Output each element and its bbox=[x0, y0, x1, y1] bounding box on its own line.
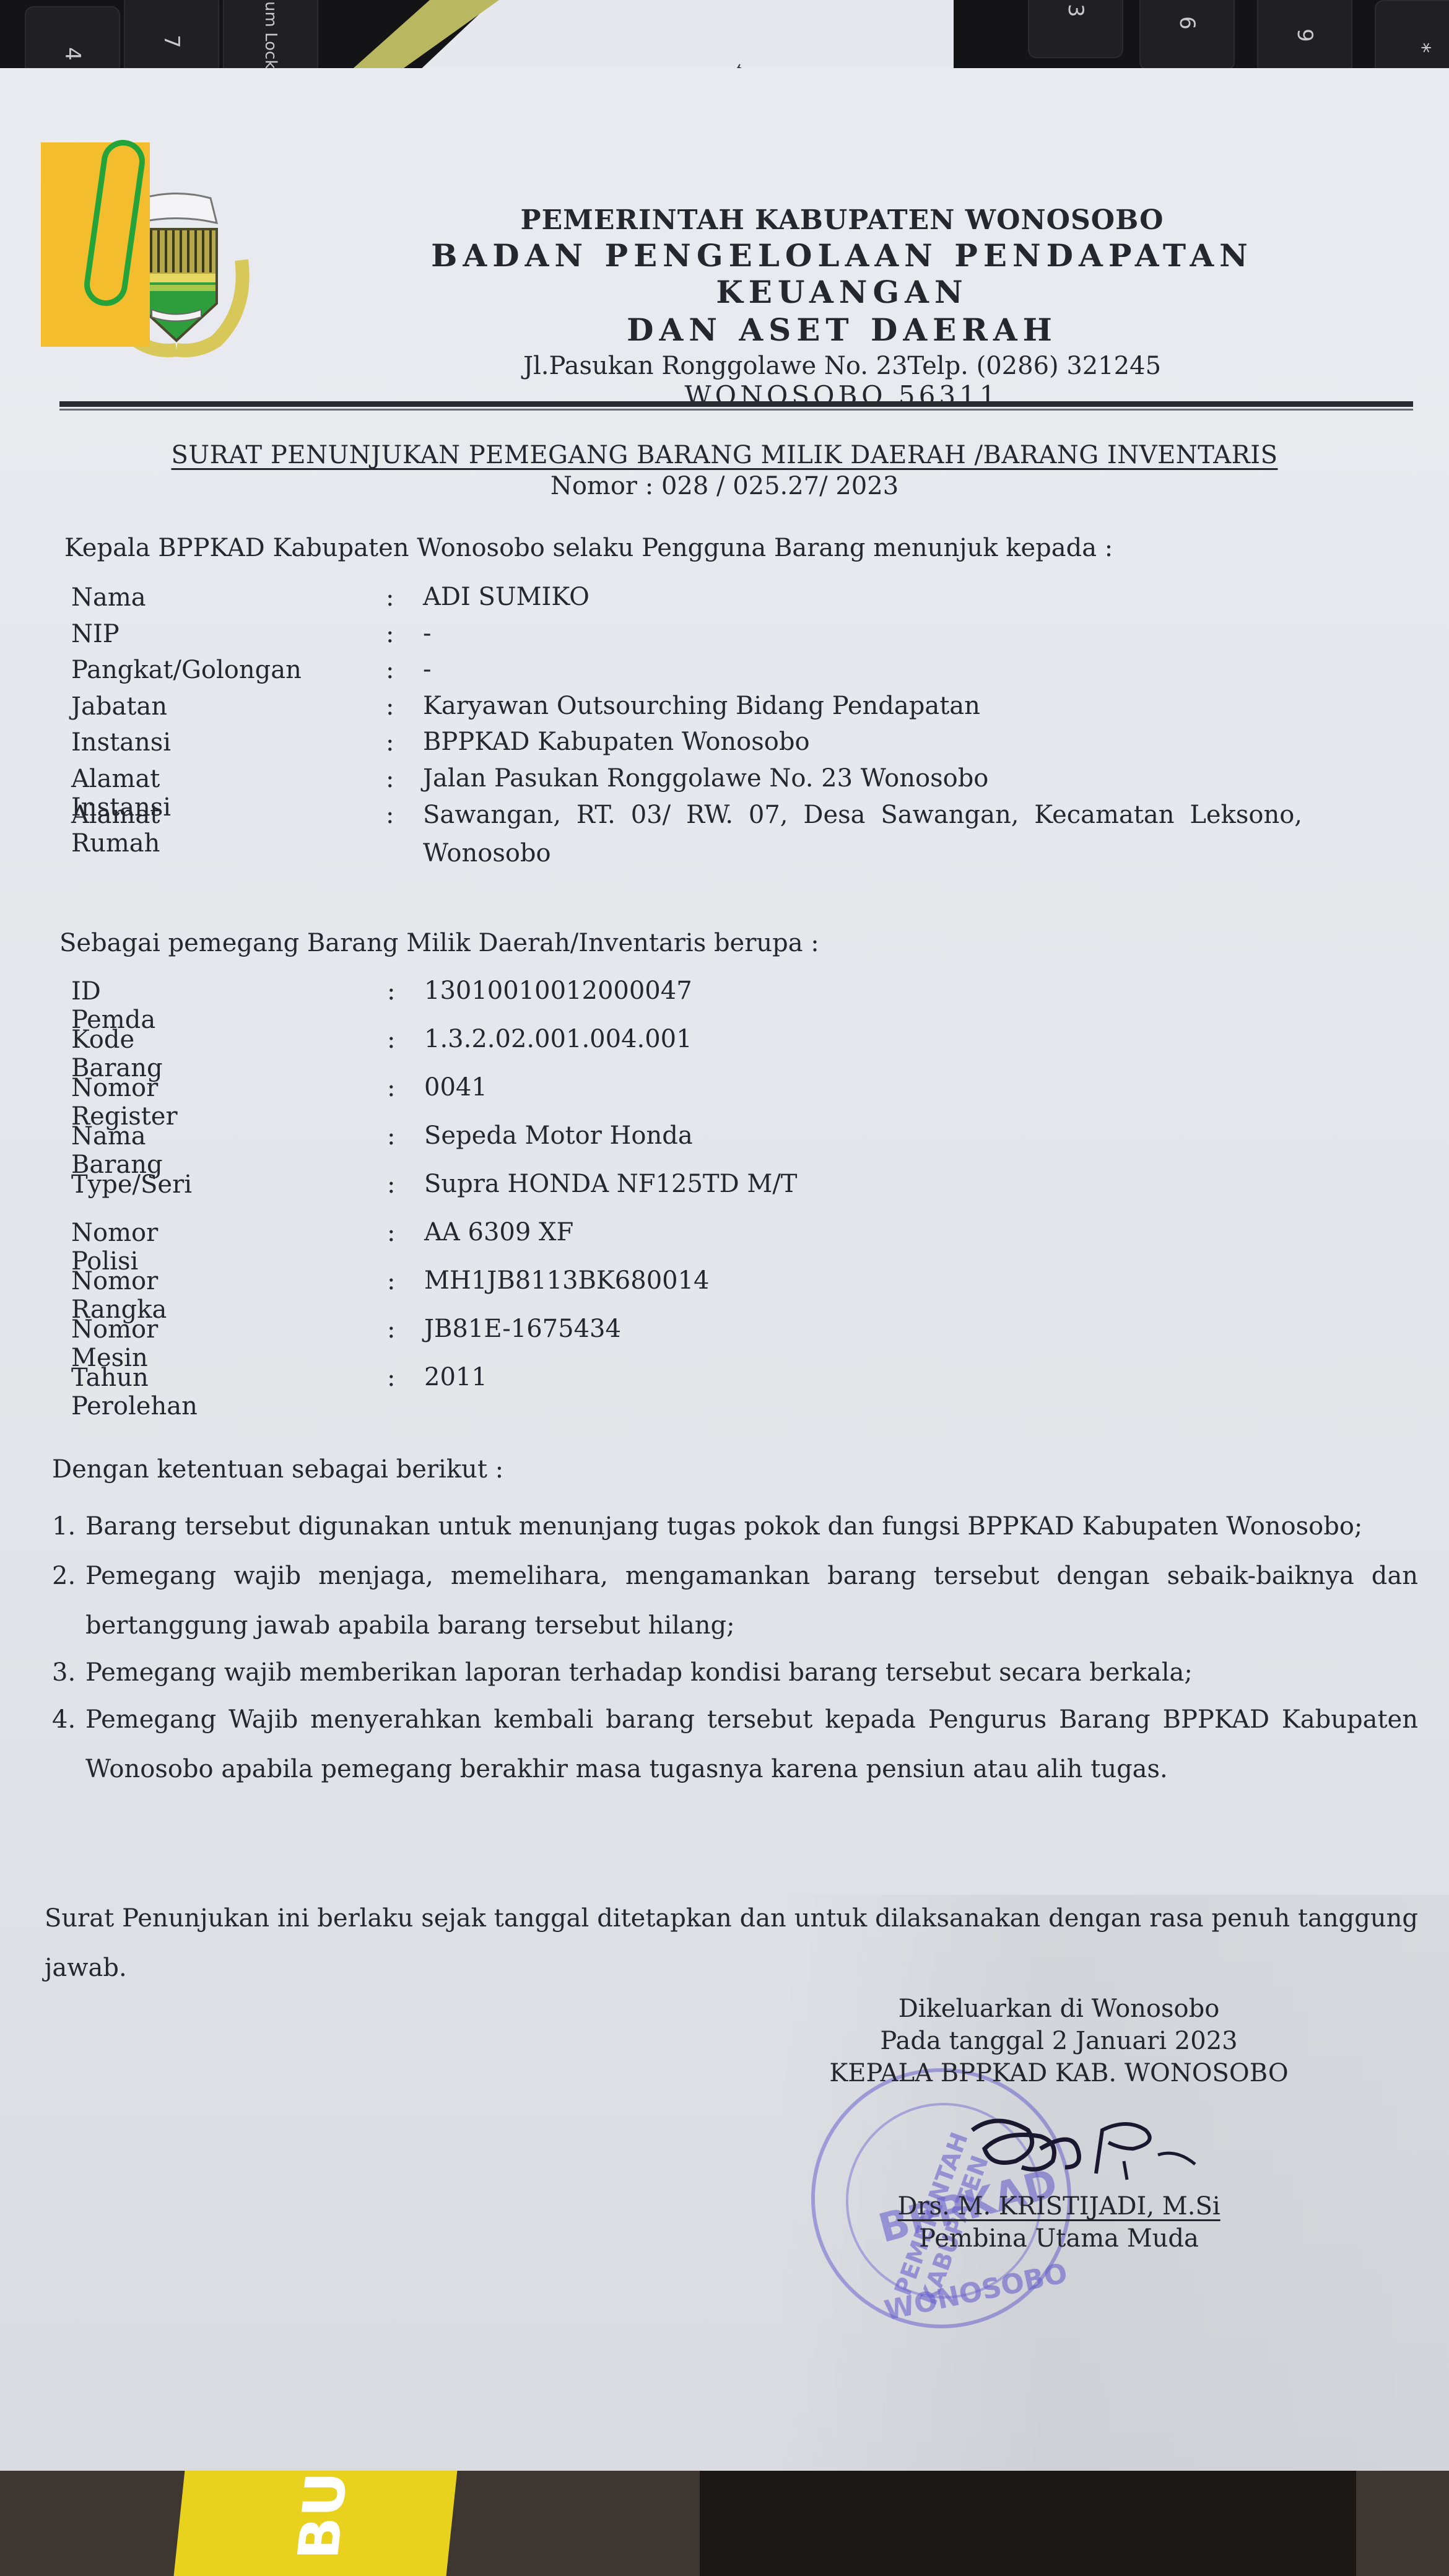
field-value: Jalan Pasukan Ronggolawe No. 23 Wonosobo bbox=[423, 760, 1339, 797]
signature-block: Dikeluarkan di Wonosobo Pada tanggal 2 J… bbox=[793, 1993, 1325, 2089]
field-colon: : bbox=[387, 1074, 395, 1102]
field-colon: : bbox=[386, 620, 394, 648]
field-value: - bbox=[423, 615, 1339, 652]
letterhead-divider bbox=[59, 401, 1413, 407]
issued-date: Pada tanggal 2 Januari 2023 bbox=[793, 2025, 1325, 2057]
field-label: Nama bbox=[71, 583, 146, 612]
field-label: Alamat Rumah bbox=[71, 801, 160, 858]
term-number: 2. bbox=[52, 1551, 76, 1601]
letterhead-agency: BADAN PENGELOLAAN PENDAPATAN KEUANGAN bbox=[310, 237, 1375, 310]
field-label: Instansi bbox=[71, 728, 171, 757]
field-colon: : bbox=[386, 692, 394, 721]
field-colon: : bbox=[387, 977, 395, 1006]
letterhead-address: Jl.Pasukan Ronggolawe No. 23Telp. (0286)… bbox=[310, 352, 1375, 380]
field-label: Pangkat/Golongan bbox=[71, 656, 302, 684]
signer-rank: Pembina Utama Muda bbox=[793, 2224, 1325, 2253]
field-value: Sepeda Motor Honda bbox=[424, 1117, 1341, 1154]
term-item: 1.Barang tersebut digunakan untuk menunj… bbox=[52, 1502, 1418, 1551]
field-value: 13010010012000047 bbox=[424, 972, 1341, 1009]
items-intro: Sebagai pemegang Barang Milik Daerah/Inv… bbox=[59, 929, 819, 957]
term-item: 4.Pemegang Wajib menyerahkan kembali bar… bbox=[52, 1695, 1418, 1794]
field-value: Supra HONDA NF125TD M/T bbox=[424, 1165, 1341, 1203]
field-value: - bbox=[423, 651, 1339, 688]
signer-name: Drs. M. KRISTIJADI, M.Si bbox=[793, 2192, 1325, 2221]
field-value: 2011 bbox=[424, 1359, 1341, 1396]
keyboard-key: 3 bbox=[1028, 0, 1123, 58]
field-colon: : bbox=[387, 1267, 395, 1295]
signer-name-text: Drs. M. KRISTIJADI, M.Si bbox=[897, 2192, 1220, 2221]
appointment-intro: Kepala BPPKAD Kabupaten Wonosobo selaku … bbox=[64, 534, 1113, 562]
field-label: Tahun Perolehan bbox=[71, 1364, 198, 1421]
terms-intro: Dengan ketentuan sebagai berikut : bbox=[52, 1455, 503, 1484]
term-text: Pemegang wajib memberikan laporan terhad… bbox=[85, 1658, 1193, 1687]
document-page: PEMERINTAH KABUPATEN WONOSOBO BADAN PENG… bbox=[0, 68, 1449, 2471]
field-value: 0041 bbox=[424, 1069, 1341, 1106]
term-text: Barang tersebut digunakan untuk menunjan… bbox=[85, 1512, 1362, 1541]
issued-place: Dikeluarkan di Wonosobo bbox=[793, 1993, 1325, 2025]
term-item: 2.Pemegang wajib menjaga, memelihara, me… bbox=[52, 1551, 1418, 1650]
field-colon: : bbox=[386, 656, 394, 684]
field-value: JB81E-1675434 bbox=[424, 1310, 1341, 1347]
terms-list: 1.Barang tersebut digunakan untuk menunj… bbox=[52, 1502, 1418, 1794]
term-item: 3.Pemegang wajib memberikan laporan terh… bbox=[52, 1648, 1418, 1697]
term-number: 3. bbox=[52, 1648, 76, 1697]
field-colon: : bbox=[386, 583, 394, 612]
document-number: Nomor : 028 / 025.27/ 2023 bbox=[0, 472, 1449, 500]
term-number: 1. bbox=[52, 1502, 76, 1551]
field-label: Type/Seri bbox=[71, 1170, 192, 1199]
closing-statement: Surat Penunjukan ini berlaku sejak tangg… bbox=[45, 1894, 1418, 1993]
field-value: BPPKAD Kabupaten Wonosobo bbox=[423, 723, 1339, 760]
field-colon: : bbox=[386, 765, 394, 793]
field-colon: : bbox=[387, 1025, 395, 1054]
letterhead: PEMERINTAH KABUPATEN WONOSOBO BADAN PENG… bbox=[310, 204, 1375, 411]
field-colon: : bbox=[387, 1219, 395, 1247]
keyboard-key: Num Lock bbox=[223, 0, 318, 77]
field-label: NIP bbox=[71, 620, 120, 648]
field-value: Sawangan, RT. 03/ RW. 07, Desa Sawangan,… bbox=[423, 796, 1302, 872]
letterhead-divider-thin bbox=[59, 409, 1413, 411]
field-value: ADI SUMIKO bbox=[423, 578, 1339, 616]
field-value: Karyawan Outsourching Bidang Pendapatan bbox=[423, 687, 1339, 724]
term-number: 4. bbox=[52, 1695, 76, 1744]
dark-book bbox=[700, 2465, 1356, 2576]
field-colon: : bbox=[387, 1122, 395, 1151]
field-label: Jabatan bbox=[71, 692, 167, 721]
book-label: BU bbox=[286, 2472, 360, 2560]
keyboard-key: 6 bbox=[1139, 0, 1235, 71]
field-colon: : bbox=[387, 1170, 395, 1199]
letterhead-agency-line2: DAN ASET DAERAH bbox=[310, 311, 1375, 348]
letterhead-government: PEMERINTAH KABUPATEN WONOSOBO bbox=[310, 204, 1375, 236]
yellow-book: BU bbox=[174, 2465, 458, 2576]
field-value: MH1JB8113BK680014 bbox=[424, 1262, 1341, 1299]
field-value: 1.3.2.02.001.004.001 bbox=[424, 1020, 1341, 1058]
field-colon: : bbox=[386, 801, 394, 829]
field-colon: : bbox=[386, 728, 394, 757]
field-colon: : bbox=[387, 1364, 395, 1392]
term-text: Pemegang Wajib menyerahkan kembali baran… bbox=[85, 1705, 1418, 1783]
handwritten-signature-icon bbox=[947, 2105, 1207, 2192]
term-text: Pemegang wajib menjaga, memelihara, meng… bbox=[85, 1562, 1418, 1640]
field-value: AA 6309 XF bbox=[424, 1214, 1341, 1251]
field-colon: : bbox=[387, 1315, 395, 1344]
signer-position: KEPALA BPPKAD KAB. WONOSOBO bbox=[793, 2057, 1325, 2089]
document-title: SURAT PENUNJUKAN PEMEGANG BARANG MILIK D… bbox=[0, 441, 1449, 469]
